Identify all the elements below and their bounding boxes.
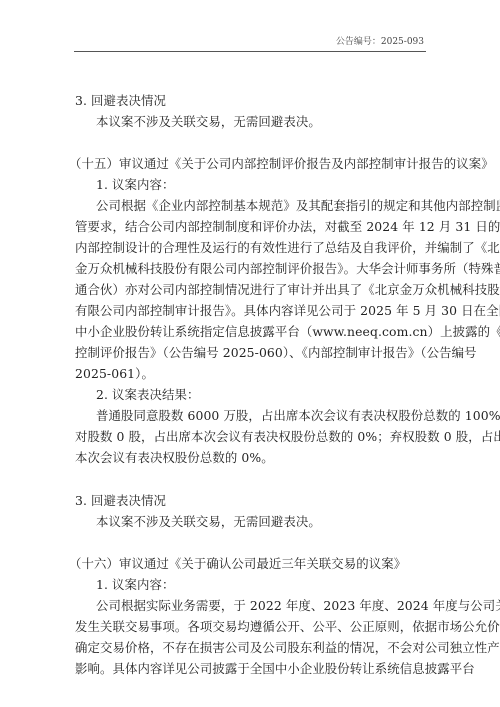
paragraph-line: 公司根据《企业内部控制基本规范》及其配套指引的规定和其他内部控制监 (96, 199, 427, 213)
paragraph-avoidance: 本议案不涉及关联交易，无需回避表决。 (96, 115, 448, 129)
paragraph-avoidance: 本议案不涉及关联交易，无需回避表决。 (96, 515, 448, 529)
paragraph-line: 发生关联交易事项。各项交易均遵循公开、公平、公正原则，依据市场公允价格 (75, 620, 427, 634)
paragraph-line: 通合伙）亦对公司内部控制情况进行了审计并出具了《北京金万众机械科技股份 (75, 283, 427, 297)
subheading-content: 1. 议案内容： (96, 178, 448, 192)
paragraph-line: 中小企业股份转让系统指定信息披露平台（www.neeq.com.cn）上披露的《… (75, 325, 427, 339)
header-rule (74, 51, 426, 52)
paragraph-line: 金万众机械科技股份有限公司内部控制评价报告》。大华会计师事务所（特殊普 (75, 262, 427, 276)
paragraph-line: 管要求，结合公司内部控制制度和评价办法，对截至 2024 年 12 月 31 日… (75, 220, 427, 234)
section-heading-avoidance: 3. 回避表决情况 (75, 94, 427, 108)
paragraph-line: 普通股同意股数 6000 万股，占出席本次会议有表决权股份总数的 100%；反 (96, 409, 427, 423)
subheading-result: 2. 议案表决结果： (96, 388, 448, 402)
paragraph-line: 影响。具体内容详见公司披露于全国中小企业股份转让系统信息披露平台 (75, 662, 427, 676)
paragraph-line: 有限公司内部控制审计报告》。具体内容详见公司于 2025 年 5 月 30 日在… (75, 304, 427, 318)
section-title-15: （十五）审议通过《关于公司内部控制评价报告及内部控制审计报告的议案》 (69, 157, 421, 171)
announcement-number: 公告编号：2025-093 (336, 34, 424, 47)
subheading-content: 1. 议案内容： (96, 578, 448, 592)
paragraph-line: 内部控制设计的合理性及运行的有效性进行了总结及自我评价，并编制了《北京 (75, 241, 427, 255)
paragraph-line: 本次会议有表决权股份总数的 0%。 (75, 451, 427, 465)
subheading-avoidance: 3. 回避表决情况 (75, 494, 427, 508)
paragraph-line: 确定交易价格，不存在损害公司及公司股东利益的情况，不会对公司独立性产生 (75, 641, 427, 655)
paragraph-line: 2025-061）。 (75, 367, 427, 381)
paragraph-line: 对股数 0 股，占出席本次会议有表决权股份总数的 0%；弃权股数 0 股，占出席 (75, 430, 427, 444)
section-title-16: （十六）审议通过《关于确认公司最近三年关联交易的议案》 (69, 557, 421, 571)
paragraph-line: 控制评价报告》（公告编号 2025-060）、《内部控制审计报告》（公告编号 (75, 346, 427, 360)
paragraph-line: 公司根据实际业务需要，于 2022 年度、2023 年度、2024 年度与公司关… (96, 599, 427, 613)
